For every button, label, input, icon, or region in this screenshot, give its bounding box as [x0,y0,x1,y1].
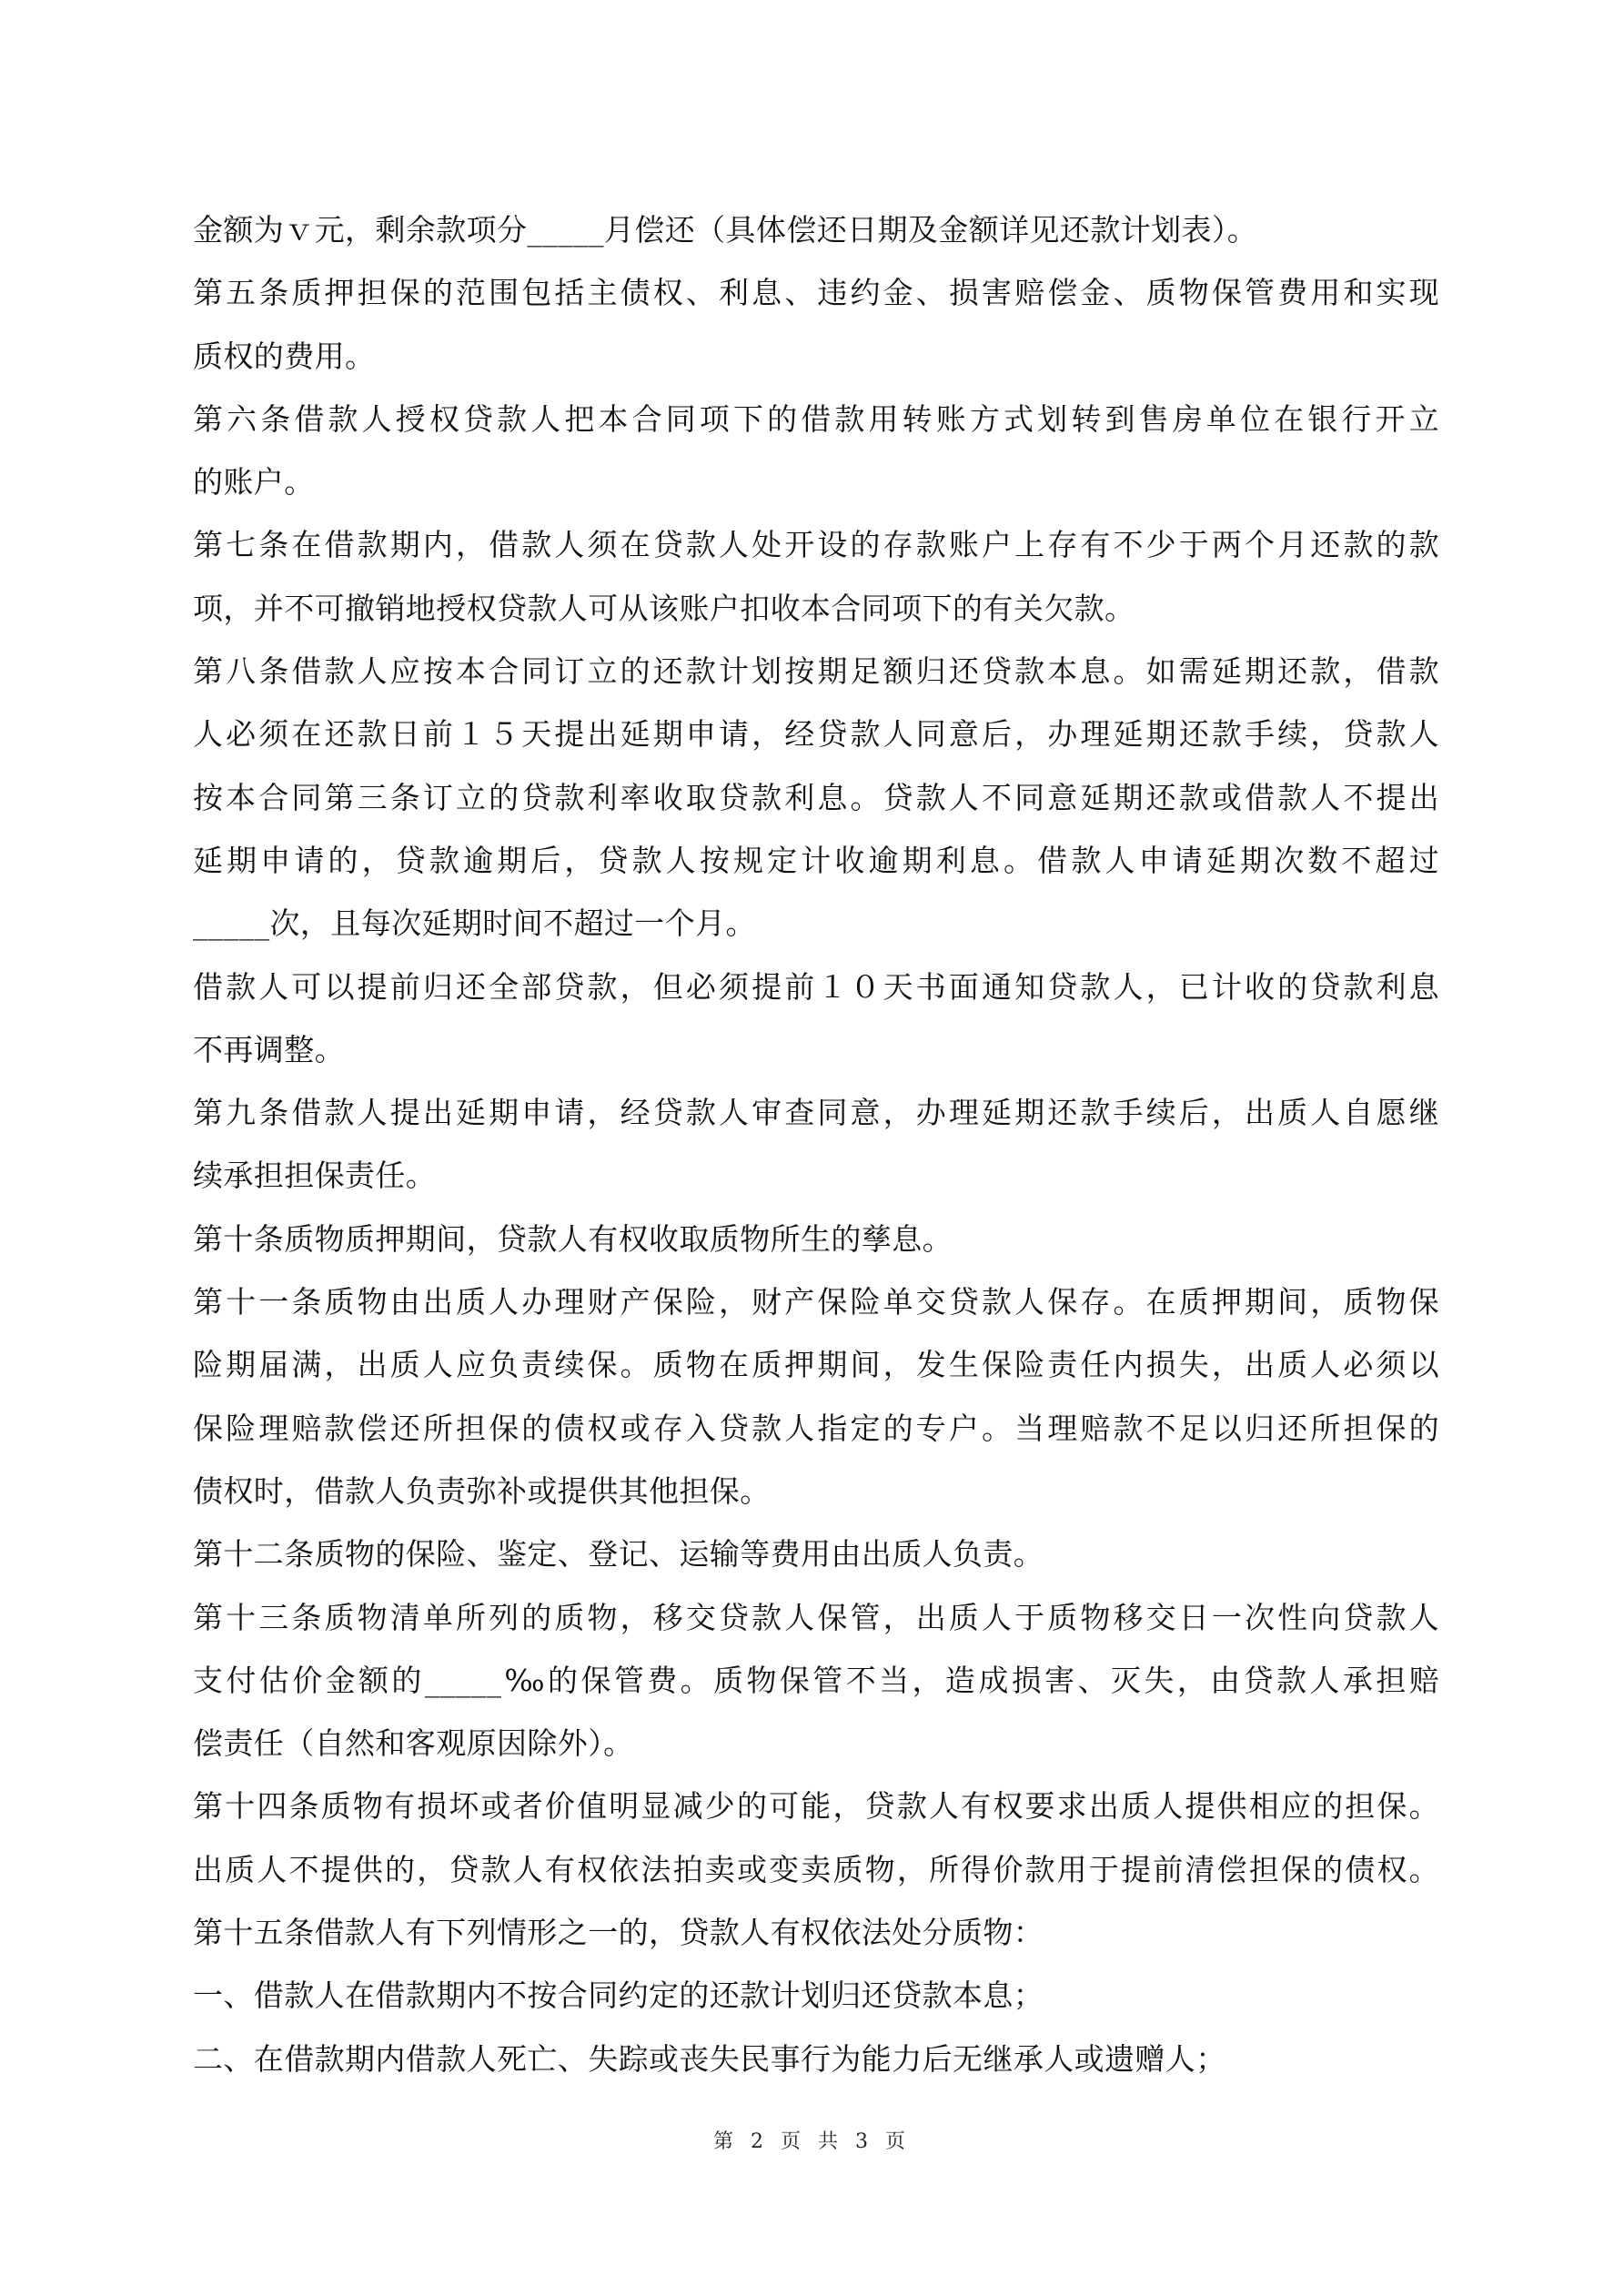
text-line: 保险理赔款偿还所担保的债权或存入贷款人指定的专户。当理赔款不足以归还所担保的 [193,1397,1439,1460]
document-body: 金额为ｖ元，剩余款项分_____月偿还（具体偿还日期及金额详见还款计划表）。 第… [193,198,1439,2090]
text-line: 续承担担保责任。 [193,1144,1439,1207]
text-line: 的账户。 [193,450,1439,513]
text-line: 支付估价金额的_____‰的保管费。质物保管不当，造成损害、灭失，由贷款人承担赔 [193,1649,1439,1712]
text-line: 项，并不可撤销地授权贷款人可从该账户扣收本合同项下的有关欠款。 [193,577,1439,640]
text-line: 第十五条借款人有下列情形之一的，贷款人有权依法处分质物： [193,1901,1439,1964]
text-line: 金额为ｖ元，剩余款项分_____月偿还（具体偿还日期及金额详见还款计划表）。 [193,198,1439,261]
text-line: 一、借款人在借款期内不按合同约定的还款计划归还贷款本息； [193,1964,1439,2027]
text-line: _____次，且每次延期时间不超过一个月。 [193,892,1439,955]
text-line: 第十条质物质押期间，贷款人有权收取质物所生的孳息。 [193,1208,1439,1270]
text-line: 第十一条质物由出质人办理财产保险，财产保险单交贷款人保存。在质押期间，质物保 [193,1270,1439,1333]
text-line: 第六条借款人授权贷款人把本合同项下的借款用转账方式划转到售房单位在银行开立 [193,388,1439,450]
text-line: 不再调整。 [193,1018,1439,1081]
text-line: 第五条质押担保的范围包括主债权、利息、违约金、损害赔偿金、质物保管费用和实现 [193,261,1439,324]
text-line: 出质人不提供的，贷款人有权依法拍卖或变卖质物，所得价款用于提前清偿担保的债权。 [193,1838,1439,1901]
text-line: 险期届满，出质人应负责续保。质物在质押期间，发生保险责任内损失，出质人必须以 [193,1333,1439,1396]
text-line: 第八条借款人应按本合同订立的还款计划按期足额归还贷款本息。如需延期还款，借款 [193,640,1439,703]
text-line: 偿责任（自然和客观原因除外）。 [193,1712,1439,1775]
text-line: 第十三条质物清单所列的质物，移交贷款人保管，出质人于质物移交日一次性向贷款人 [193,1586,1439,1649]
text-line: 第七条在借款期内，借款人须在贷款人处开设的存款账户上存有不少于两个月还款的款 [193,513,1439,576]
text-line: 第九条借款人提出延期申请，经贷款人审查同意，办理延期还款手续后，出质人自愿继 [193,1081,1439,1144]
text-line: 人必须在还款日前１５天提出延期申请，经贷款人同意后，办理延期还款手续，贷款人 [193,703,1439,765]
text-line: 二、在借款期内借款人死亡、失踪或丧失民事行为能力后无继承人或遗赠人； [193,2028,1439,2090]
text-line: 债权时，借款人负责弥补或提供其他担保。 [193,1460,1439,1522]
text-line: 质权的费用。 [193,325,1439,388]
text-line: 第十二条质物的保险、鉴定、登记、运输等费用由出质人负责。 [193,1522,1439,1585]
text-line: 延期申请的，贷款逾期后，贷款人按规定计收逾期利息。借款人申请延期次数不超过 [193,829,1439,892]
text-line: 第十四条质物有损坏或者价值明显减少的可能，贷款人有权要求出质人提供相应的担保。 [193,1775,1439,1837]
text-line: 借款人可以提前归还全部贷款，但必须提前１０天书面通知贷款人，已计收的贷款利息 [193,956,1439,1018]
page-number-footer: 第 2 页 共 3 页 [0,2126,1624,2154]
text-line: 按本合同第三条订立的贷款利率收取贷款利息。贷款人不同意延期还款或借款人不提出 [193,766,1439,829]
